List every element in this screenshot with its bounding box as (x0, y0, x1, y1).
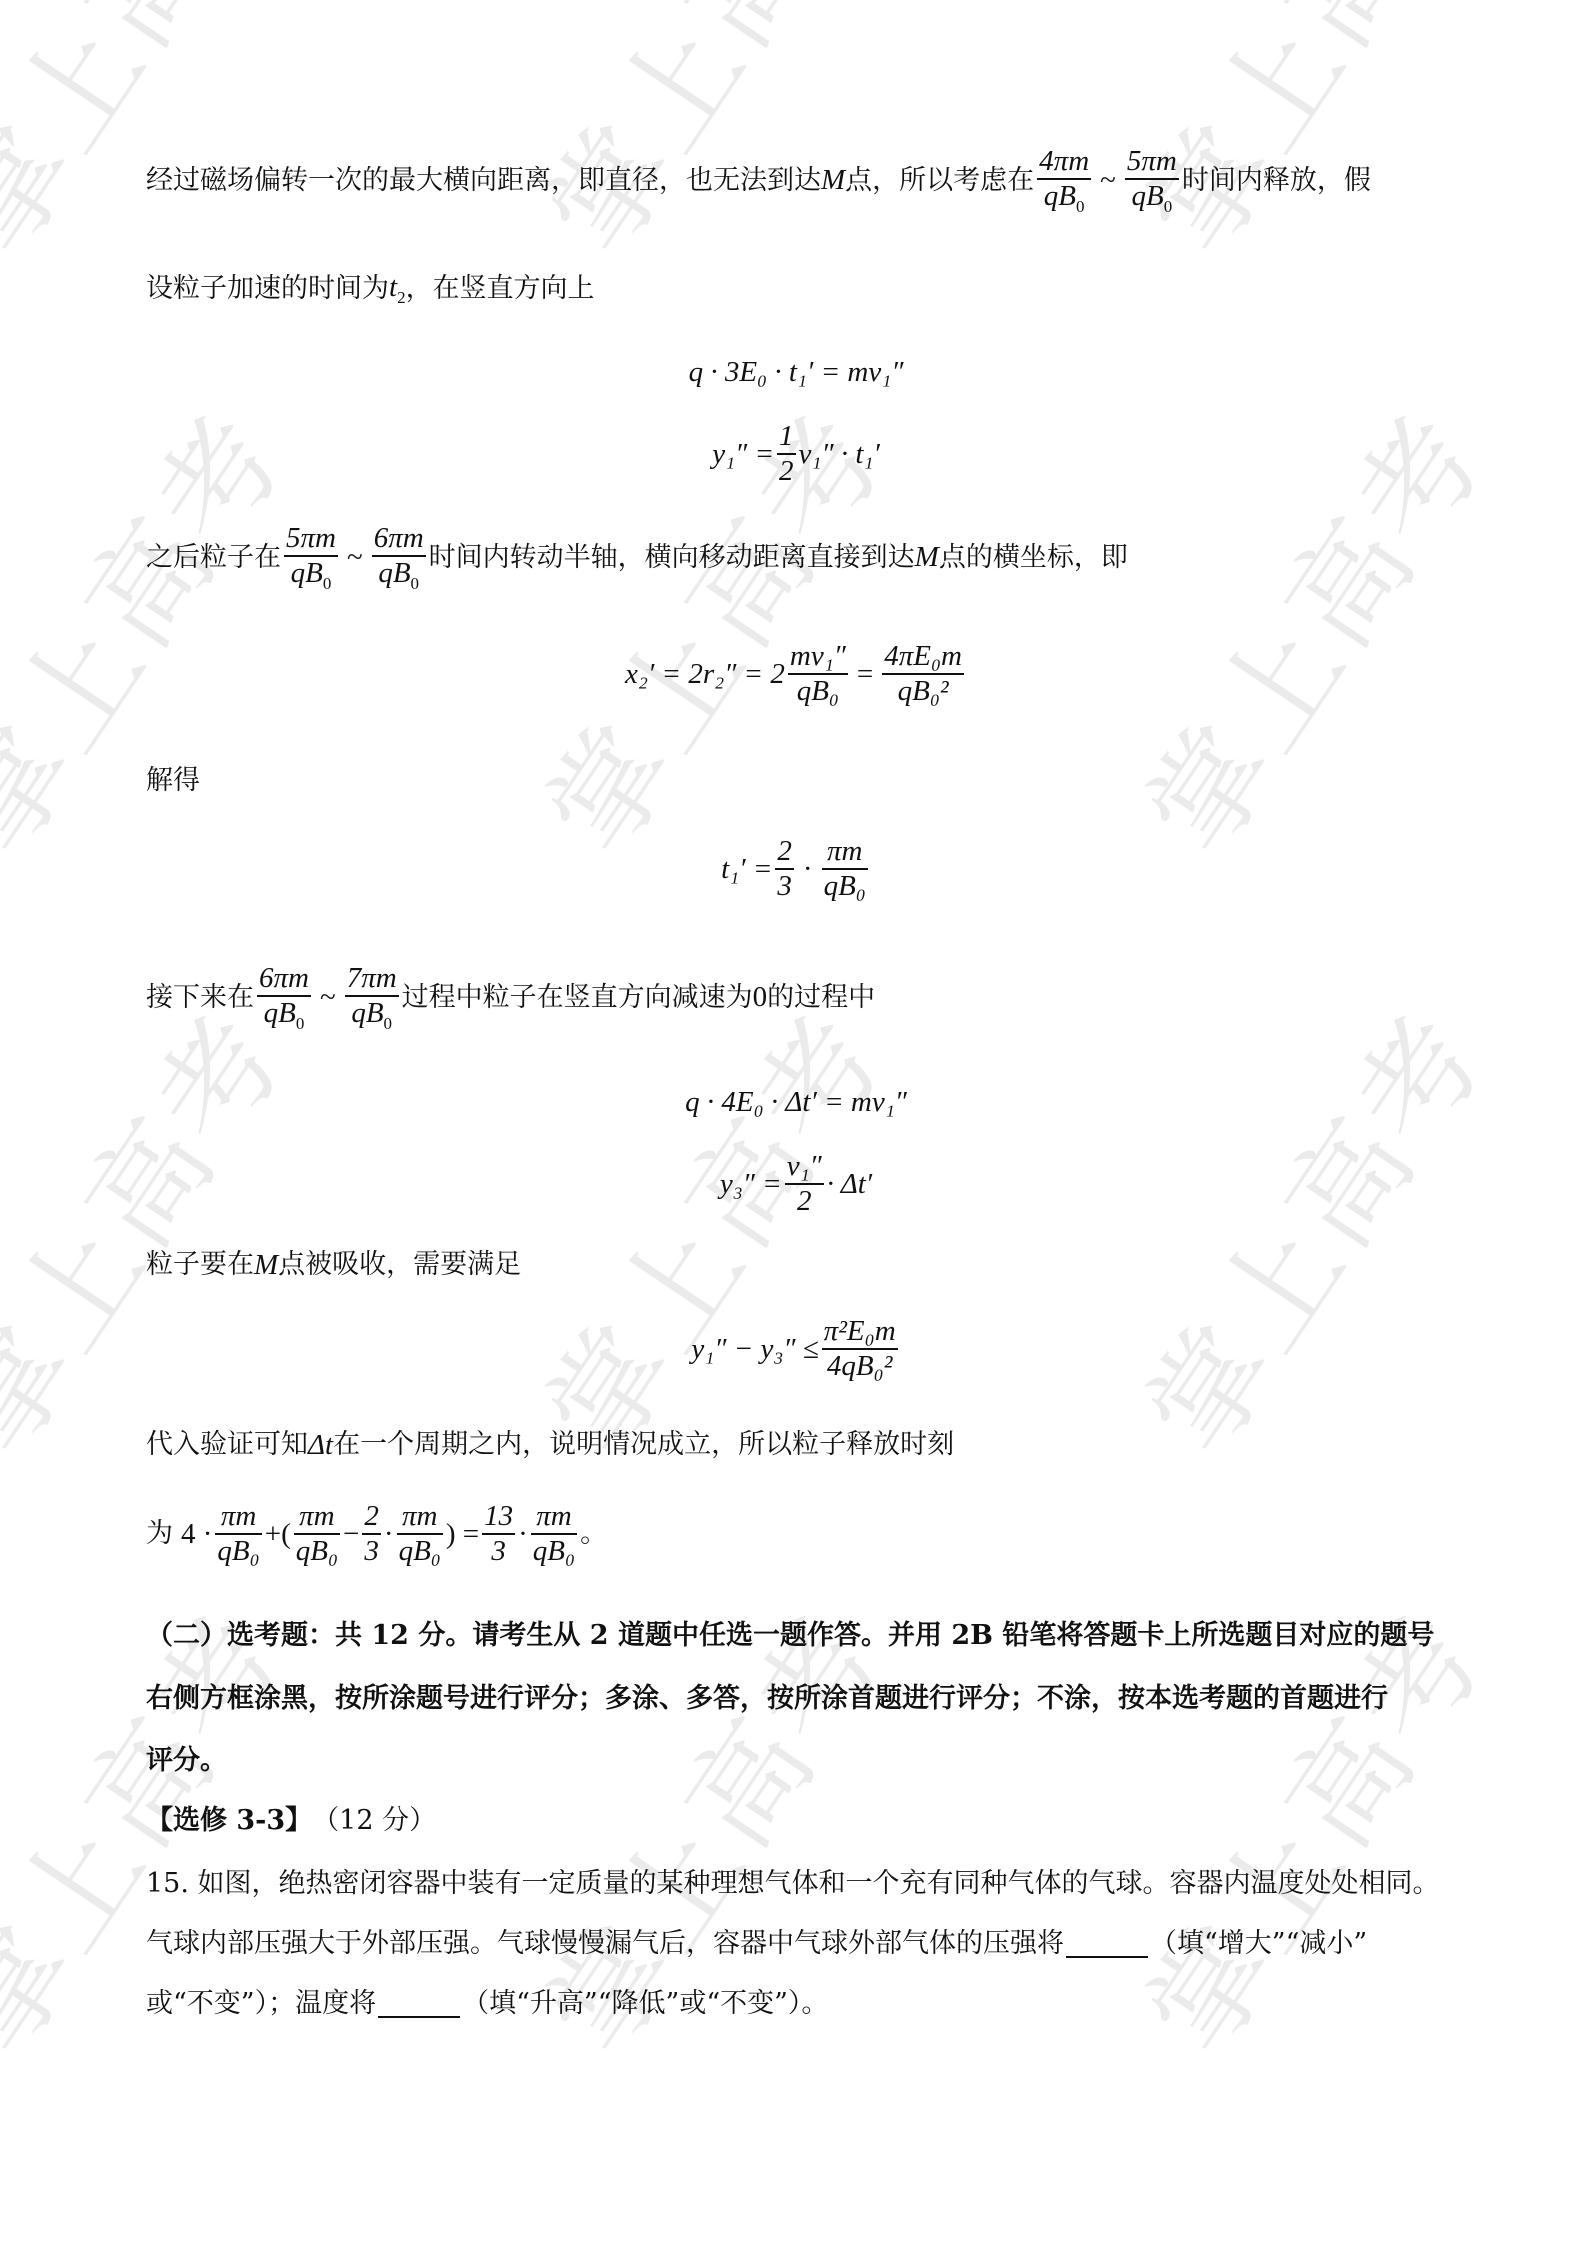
text: 设粒子加速的时间为 (146, 273, 389, 305)
paragraph-verification: 代入验证可知 Δt 在一个周期之内，说明情况成立，所以粒子释放时刻 (146, 1428, 954, 1463)
den-text: qB (264, 997, 296, 1029)
fraction: mv₁″ qB₀ (788, 640, 848, 709)
equation-4: t₁′ = 2 3 · πm qB₀ (146, 835, 1446, 904)
equation-lhs: t₁′ = (721, 852, 772, 887)
fraction: 2 3 (362, 1500, 381, 1569)
denominator: qB0 (289, 557, 334, 593)
denominator: qB₀ (215, 1535, 261, 1568)
denominator: qB0 (1129, 180, 1174, 216)
text: 点，所以考虑在 (845, 165, 1034, 197)
operator: +( (265, 1517, 291, 1552)
denominator: qB₀ (795, 675, 841, 708)
numerator: πm (534, 1500, 573, 1533)
fraction: 4πm qB0 (1037, 145, 1091, 217)
denominator: 2 (777, 455, 796, 488)
text: ，在竖直方向上 (406, 273, 595, 305)
numerator: 2 (775, 835, 794, 868)
text: 或“不变”）；温度将 (146, 1988, 376, 2020)
fraction: 6πm qB0 (372, 522, 426, 594)
numerator: πm (219, 1500, 258, 1533)
subscript: 0 (411, 574, 420, 593)
elective-header: 【选修 3-3】 （12 分） (146, 1805, 436, 1837)
fraction: v₁″ 2 (785, 1150, 824, 1219)
numerator: 13 (482, 1500, 515, 1533)
watermark: 掌上高考 (0, 0, 317, 280)
text: 右侧方框涂黑，按所涂题号进行评分；多涂、多答，按所涂首题进行评分；不涂，按本选考… (146, 1683, 1388, 1715)
question-15-line-2: 气球内部压强大于外部压强。气球慢慢漏气后，容器中气球外部气体的压强将 （填“增大… (146, 1928, 1367, 1960)
fraction: 7πm qB0 (345, 962, 399, 1034)
math-var: M (254, 1248, 278, 1283)
text: 评分。 (146, 1745, 227, 1777)
elective-label: 【选修 3-3】 (146, 1805, 312, 1837)
numerator: πm (825, 835, 864, 868)
denominator: qB₀ (397, 1535, 443, 1568)
equation-lhs: y₁″ − y₃″ ≤ (691, 1332, 818, 1367)
text: 时间内释放，假 (1182, 165, 1371, 197)
equation-rhs: · Δt′ (827, 1167, 872, 1202)
math-var: Δt (308, 1428, 333, 1463)
subscript: 0 (1164, 197, 1173, 216)
section-instructions-line-2: 右侧方框涂黑，按所涂题号进行评分；多涂、多答，按所涂首题进行评分；不涂，按本选考… (146, 1683, 1388, 1715)
denominator: 4qB₀² (825, 1350, 895, 1383)
numerator: v₁″ (785, 1150, 824, 1183)
text: 点的横坐标，即 (939, 542, 1128, 574)
den-text: qB (351, 997, 383, 1029)
denominator: qB0 (349, 997, 394, 1033)
text: 接下来在 (146, 982, 254, 1014)
elective-points: （12 分） (312, 1805, 436, 1837)
equation-lhs: x₂′ = 2r₂″ = 2 (625, 657, 785, 692)
equation-lhs: y₁″ = (712, 437, 774, 472)
equation-5: q · 4E₀ · Δt′ = mv₁″ (146, 1085, 1446, 1120)
paragraph-acceleration-time: 设粒子加速的时间为 t2 ，在竖直方向上 (146, 270, 595, 308)
fraction: πm qB₀ (822, 835, 868, 904)
den-text: qB (378, 557, 410, 589)
watermark: 掌上高考 (499, 974, 917, 1480)
number: 0 (753, 980, 768, 1015)
text: 解得 (146, 765, 200, 797)
fraction: πm qB₀ (294, 1500, 340, 1569)
subscript: 2 (397, 288, 406, 307)
subscript: 0 (384, 1014, 393, 1033)
equals: = (857, 657, 873, 692)
fraction: πm qB₀ (397, 1500, 443, 1569)
paragraph-release-interval: 经过磁场偏转一次的最大横向距离，即直径，也无法到达 M 点，所以考虑在 4πm … (146, 145, 1371, 217)
numerator: π²E₀m (822, 1315, 898, 1348)
subscript: 0 (323, 574, 332, 593)
text: （填“升高”“降低”或“不变”）。 (462, 1988, 828, 2020)
text: 代入验证可知 (146, 1429, 308, 1461)
fraction: 4πE₀m qB₀² (882, 640, 964, 709)
text: 15. 如图，绝热密闭容器中装有一定质量的某种理想气体和一个充有同种气体的气球。… (146, 1868, 1440, 1900)
denominator: qB₀ (294, 1535, 340, 1568)
equation-rhs: v₁″ · t₁′ (799, 437, 880, 472)
numerator: 6πm (257, 962, 311, 995)
text: 。 (580, 1518, 607, 1550)
denominator: 3 (775, 870, 794, 903)
fraction: πm qB₀ (215, 1500, 261, 1569)
fraction: 2 3 (775, 835, 794, 904)
paragraph-deceleration: 接下来在 6πm qB0 ~ 7πm qB0 过程中粒子在竖直方向减速为 0 的… (146, 962, 875, 1034)
dot-operator: · (518, 1517, 528, 1552)
tilde: ~ (1100, 163, 1116, 198)
denominator: qB0 (376, 557, 421, 593)
math-var: M (821, 163, 845, 198)
denominator: qB0 (262, 997, 307, 1033)
numerator: 5πm (1125, 145, 1179, 178)
watermark-layer: 掌上高考 掌上高考 掌上高考 掌上高考 掌上高考 掌上高考 掌上高考 掌上高考 … (0, 0, 1587, 2245)
section-instructions-line-1: （二）选考题：共 12 分。请考生从 2 道题中任选一题作答。并用 2B 铅笔将… (146, 1620, 1434, 1652)
fraction: 13 3 (482, 1500, 515, 1569)
coefficient: 4 · (181, 1517, 212, 1552)
fraction: πm qB₀ (531, 1500, 577, 1569)
tilde: ~ (320, 980, 336, 1015)
math-var: t2 (389, 270, 406, 308)
fraction: π²E₀m 4qB₀² (822, 1315, 898, 1384)
denominator: qB₀² (896, 675, 951, 708)
numerator: 4πm (1037, 145, 1091, 178)
denominator: 3 (489, 1535, 508, 1568)
text: 气球内部压强大于外部压强。气球慢慢漏气后，容器中气球外部气体的压强将 (146, 1928, 1064, 1960)
equation-text: q · 3E₀ · t₁′ = mv₁″ (689, 355, 904, 390)
numerator: πm (297, 1500, 336, 1533)
subscript: 0 (1076, 197, 1085, 216)
denominator: qB0 (1042, 180, 1087, 216)
text: 点被吸收，需要满足 (278, 1249, 521, 1281)
paragraph-half-rotation: 之后粒子在 5πm qB0 ~ 6πm qB0 时间内转动半轴，横向移动距离直接… (146, 522, 1128, 594)
den-text: qB (1131, 180, 1163, 212)
equation-1: q · 3E₀ · t₁′ = mv₁″ (146, 355, 1446, 390)
operator: ) = (446, 1517, 479, 1552)
answer-blank-temperature[interactable] (378, 1990, 460, 2018)
numerator: πm (400, 1500, 439, 1533)
text: 的过程中 (767, 982, 875, 1014)
var-t: t (389, 271, 397, 303)
numerator: 6πm (372, 522, 426, 555)
watermark: 掌上高考 (499, 0, 917, 280)
watermark: 掌上高考 (0, 974, 317, 1480)
fraction: 6πm qB0 (257, 962, 311, 1034)
math-var: M (915, 540, 939, 575)
den-text: qB (1044, 180, 1076, 212)
paragraph-release-moment: 为 4 · πm qB₀ +( πm qB₀ − 2 3 · πm qB₀ ) … (146, 1500, 607, 1569)
paragraph-absorption-condition: 粒子要在 M 点被吸收，需要满足 (146, 1248, 521, 1283)
denominator: 3 (362, 1535, 381, 1568)
watermark: 掌上高考 (1099, 0, 1517, 280)
text: 粒子要在 (146, 1249, 254, 1281)
text: 时间内转动半轴，横向移动距离直接到达 (429, 542, 915, 574)
text: （二）选考题：共 12 分。请考生从 2 道题中任选一题作答。并用 2B 铅笔将… (146, 1620, 1434, 1652)
fraction: 1 2 (777, 420, 796, 489)
numerator: 7πm (345, 962, 399, 995)
text: 过程中粒子在竖直方向减速为 (402, 982, 753, 1014)
question-15-line-1: 15. 如图，绝热密闭容器中装有一定质量的某种理想气体和一个充有同种气体的气球。… (146, 1868, 1440, 1900)
text: 为 (146, 1518, 173, 1550)
paragraph-solve: 解得 (146, 765, 200, 797)
answer-blank-pressure[interactable] (1066, 1930, 1148, 1958)
text: 在一个周期之内，说明情况成立，所以粒子释放时刻 (333, 1429, 954, 1461)
equation-text: q · 4E₀ · Δt′ = mv₁″ (685, 1085, 907, 1120)
equation-3: x₂′ = 2r₂″ = 2 mv₁″ qB₀ = 4πE₀m qB₀² (146, 640, 1446, 709)
section-instructions-line-3: 评分。 (146, 1745, 227, 1777)
question-15-line-3: 或“不变”）；温度将 （填“升高”“降低”或“不变”）。 (146, 1988, 828, 2020)
equation-2: y₁″ = 1 2 v₁″ · t₁′ (146, 420, 1446, 489)
equation-7: y₁″ − y₃″ ≤ π²E₀m 4qB₀² (146, 1315, 1446, 1384)
text: 之后粒子在 (146, 542, 281, 574)
operator: − (343, 1517, 359, 1552)
watermark: 掌上高考 (1099, 974, 1517, 1480)
den-text: qB (291, 557, 323, 589)
equation-6: y₃″ = v₁″ 2 · Δt′ (146, 1150, 1446, 1219)
numerator: 1 (777, 420, 796, 453)
numerator: 2 (362, 1500, 381, 1533)
dot-operator: · (803, 852, 813, 887)
text: 经过磁场偏转一次的最大横向距离，即直径，也无法到达 (146, 165, 821, 197)
denominator: qB₀ (531, 1535, 577, 1568)
numerator: mv₁″ (788, 640, 848, 673)
numerator: 5πm (284, 522, 338, 555)
denominator: 2 (795, 1185, 814, 1218)
fraction: 5πm qB0 (1125, 145, 1179, 217)
denominator: qB₀ (822, 870, 868, 903)
equation-lhs: y₃″ = (720, 1167, 782, 1202)
dot-operator: · (384, 1517, 394, 1552)
tilde: ~ (347, 540, 363, 575)
subscript: 0 (296, 1014, 305, 1033)
numerator: 4πE₀m (882, 640, 964, 673)
text: （填“增大”“减小” (1150, 1928, 1367, 1960)
fraction: 5πm qB0 (284, 522, 338, 594)
